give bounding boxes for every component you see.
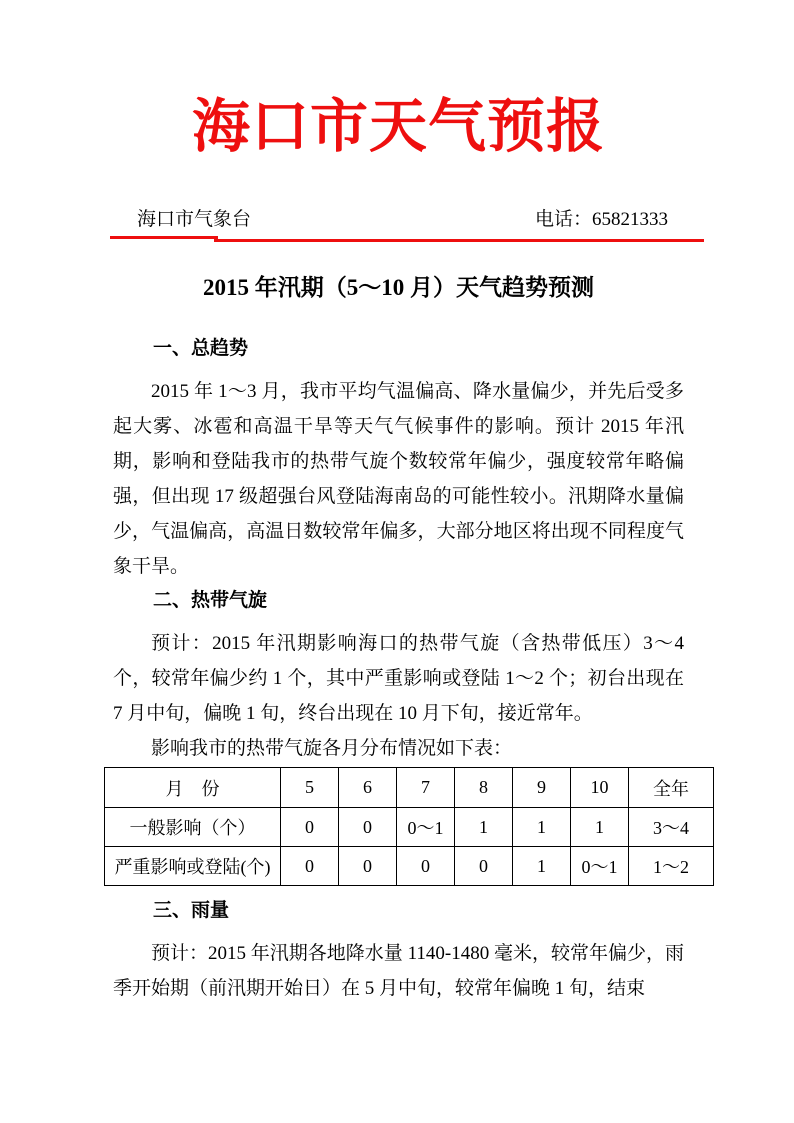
section-heading-tropical-cyclone: 二、热带气旋 (153, 590, 684, 612)
paragraph-tropical-cyclone: 预计：2015 年汛期影响海口的热带气旋（含热带低压）3～4 个，较常年偏少约 … (113, 626, 684, 731)
table-cell: 0 (455, 847, 513, 886)
paragraph-rainfall: 预计：2015 年汛期各地降水量 1140-1480 毫米，较常年偏少，雨季开始… (113, 936, 684, 1006)
table-row-label: 严重影响或登陆(个) (105, 847, 281, 886)
table-header-row: 月 份 5 6 7 8 9 10 全年 (105, 768, 714, 808)
table-cell: 1 (455, 808, 513, 847)
document-page: 海口市天气预报 海口市气象台 电话：65821333 2015 年汛期（5～10… (0, 0, 794, 1123)
cyclone-monthly-table: 月 份 5 6 7 8 9 10 全年 一般影响（个） 0 0 0～1 1 1 … (104, 767, 714, 886)
table-cell: 0 (397, 847, 455, 886)
table-header-cell: 7 (397, 768, 455, 808)
phone-number: 电话：65821333 (535, 209, 668, 231)
table-header-cell: 9 (513, 768, 571, 808)
section-heading-overall-trend: 一、总趋势 (153, 338, 684, 360)
table-header-cell: 6 (339, 768, 397, 808)
table-cell: 1 (513, 847, 571, 886)
table-header-cell: 10 (571, 768, 629, 808)
table-cell: 0～1 (397, 808, 455, 847)
paragraph-overall-trend: 2015 年 1～3 月，我市平均气温偏高、降水量偏少，并先后受多起大雾、冰雹和… (113, 374, 684, 584)
red-divider-rule (110, 236, 704, 242)
table-cell: 1～2 (629, 847, 714, 886)
table-header-cell: 月 份 (105, 768, 281, 808)
table-header-cell: 全年 (629, 768, 714, 808)
table-cell: 0 (281, 808, 339, 847)
table-row-general-impact: 一般影响（个） 0 0 0～1 1 1 1 3～4 (105, 808, 714, 847)
agency-name: 海口市气象台 (137, 209, 251, 231)
table-header-cell: 5 (281, 768, 339, 808)
table-row-severe-impact: 严重影响或登陆(个) 0 0 0 0 1 0～1 1～2 (105, 847, 714, 886)
table-row-label: 一般影响（个） (105, 808, 281, 847)
table-cell: 0 (339, 847, 397, 886)
table-cell: 1 (571, 808, 629, 847)
table-cell: 3～4 (629, 808, 714, 847)
table-header-cell: 8 (455, 768, 513, 808)
table-cell: 0～1 (571, 847, 629, 886)
section-heading-rainfall: 三、雨量 (153, 900, 684, 922)
main-title: 海口市天气预报 (113, 92, 684, 162)
doc-title: 2015 年汛期（5～10 月）天气趋势预测 (113, 274, 684, 302)
table-cell: 0 (281, 847, 339, 886)
table-cell: 0 (339, 808, 397, 847)
letterhead: 海口市气象台 电话：65821333 (113, 209, 684, 231)
table-intro-line: 影响我市的热带气旋各月分布情况如下表： (113, 731, 684, 766)
table-cell: 1 (513, 808, 571, 847)
